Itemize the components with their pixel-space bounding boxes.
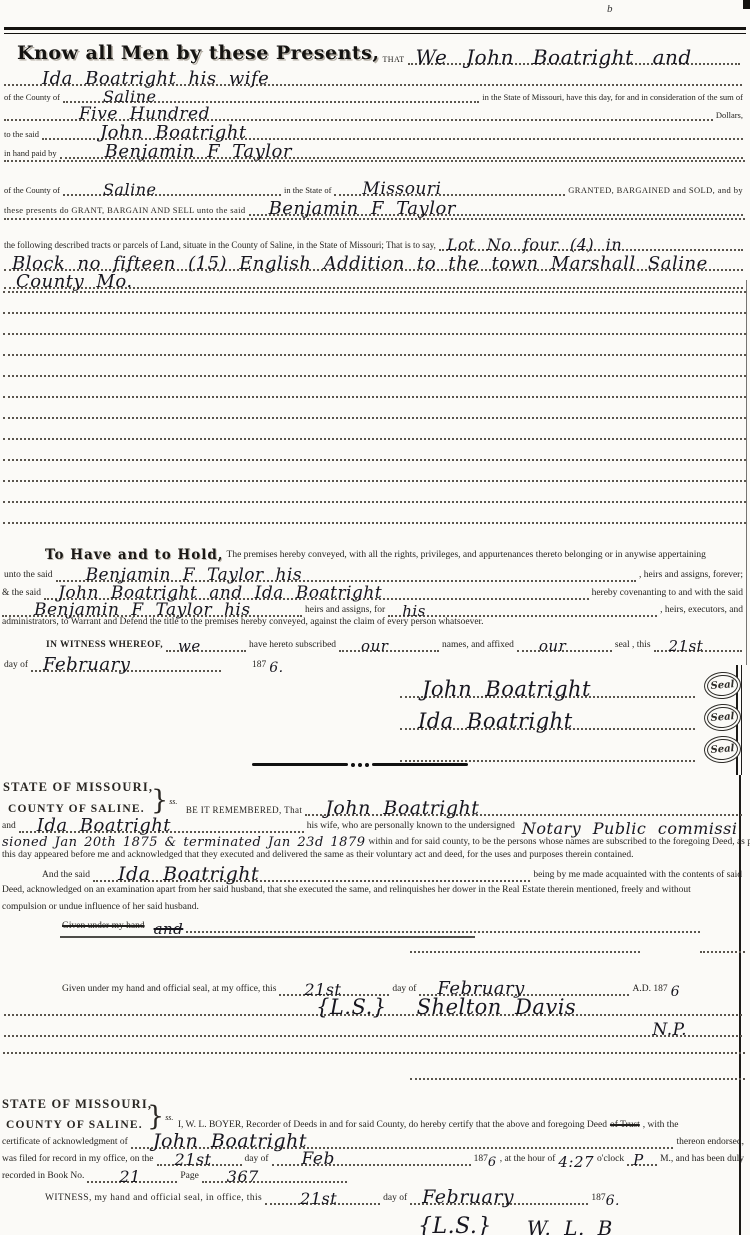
- np-row: N.P.: [4, 1019, 742, 1037]
- ruled-line: [3, 501, 746, 503]
- dotted-rule: we: [166, 637, 246, 653]
- ruled-line: [3, 375, 746, 377]
- amount-row: Five Hundred Dollars,: [4, 104, 743, 121]
- dotted-rule: Missouri: [334, 179, 565, 196]
- year-printed-label: 187: [252, 661, 266, 672]
- rec-partial-signature-handwriting: W. L. B: [527, 1219, 613, 1235]
- subscribed-label: have hereto subscribed: [249, 641, 336, 652]
- state-handwriting: Missouri: [362, 182, 441, 197]
- notary-signature-row: {L.S.} Shelton Davis: [4, 994, 742, 1016]
- granted-row: of the County of Saline in the State of …: [4, 178, 743, 196]
- signature-handwriting: Ida Boatright: [418, 712, 573, 731]
- signature-row-2: Ida Boatright Seal: [400, 704, 738, 730]
- rec-state-row: STATE OF MISSOURI,: [2, 1098, 152, 1112]
- habendum-heading-row: To Have and to Hold, The premises hereby…: [45, 546, 743, 562]
- description-handwriting-1: Lot No four (4) in: [447, 238, 622, 252]
- county-of-label-2: of the County of: [4, 186, 60, 196]
- ack-commission-row: sioned Jan 20th 1875 & terminated Jan 23…: [2, 833, 742, 849]
- seal-badge-icon: Seal: [706, 706, 738, 729]
- rec-seal-signature-row: {L.S.} W. L. B: [418, 1207, 613, 1235]
- dotted-rule: 367: [202, 1167, 347, 1183]
- section-divider: [252, 762, 468, 767]
- dotted-rule: John Boatright: [305, 797, 742, 816]
- ack-dower-row-2: compulsion or undue influence of her sai…: [2, 901, 742, 914]
- ruled-line: [3, 522, 746, 524]
- ruled-line: [3, 312, 746, 314]
- scan-artifact-corner: [743, 0, 750, 9]
- ruled-line: [4, 160, 745, 162]
- notary-name-handwriting: Shelton Davis: [417, 998, 577, 1017]
- county-state-row: of the County of Saline in the State of …: [4, 86, 743, 103]
- np-handwriting: N.P.: [652, 1023, 687, 1038]
- that-label: THAT: [382, 56, 404, 65]
- dotted-rule: February: [410, 1186, 588, 1205]
- grantors-handwriting-2: Ida Boatright his wife: [42, 71, 269, 87]
- county-handwriting: Saline: [103, 90, 157, 104]
- warrant-clause-label: administrators, to Warrant and Defend th…: [2, 618, 484, 629]
- habendum-clause-1: The premises hereby conveyed, with all t…: [227, 551, 706, 562]
- rec-wday-handwriting: 21st: [300, 1192, 337, 1206]
- scan-artifact-mark: b: [607, 3, 613, 15]
- seal-this-label: seal , this: [615, 641, 651, 652]
- dotted-rule: his: [388, 602, 657, 618]
- witness-date-row: day of February 187 6.: [4, 654, 742, 672]
- our-handwriting-2: our: [539, 640, 566, 654]
- ruled-line: [3, 438, 746, 440]
- grantor1-handwriting: John Boatright: [325, 800, 479, 817]
- struck-handwriting: and: [154, 923, 184, 937]
- signature-row-3: Seal: [400, 736, 738, 762]
- rec-cert-ack-row: certificate of acknowledgment of John Bo…: [2, 1131, 744, 1149]
- dotted-rule: Ida Boatright his wife: [4, 68, 742, 86]
- and-the-said-label-2: And the said: [42, 871, 90, 882]
- dotted-rule: N.P.: [4, 1020, 742, 1037]
- dotted-rule: our: [517, 637, 612, 653]
- unto-handwriting: Benjamin F Taylor his: [86, 568, 303, 583]
- rec-ls-handwriting: {L.S.}: [418, 1217, 492, 1235]
- ruled-line: [410, 951, 640, 953]
- seal-badge-icon: Seal: [706, 738, 738, 761]
- wife-handwriting: Ida Boatright: [118, 866, 259, 883]
- description-row-3: County Mo.: [4, 271, 743, 289]
- ruled-line: [3, 417, 746, 419]
- paid-by-handwriting: Benjamin F Taylor: [105, 144, 292, 160]
- ack-and-said-row: And the said Ida Boatright being by me m…: [42, 864, 742, 882]
- acquainted-clause-label: being by me made acquainted with the con…: [533, 871, 742, 882]
- dotted-rule: Benjamin F Taylor his: [2, 600, 302, 617]
- ack-county-row: COUNTY OF SALINE. BE IT REMEMBERED, That…: [8, 797, 742, 816]
- book-label: recorded in Book No.: [2, 1172, 84, 1183]
- page-edge-line: [741, 665, 742, 775]
- ruled-line: [3, 1052, 745, 1054]
- ruled-line: [700, 951, 745, 953]
- paid-by-row: in hand paid by Benjamin F Taylor: [4, 141, 743, 159]
- names-affixed-label: names, and affixed: [442, 641, 514, 652]
- description-row-2: Block no fifteen (15) English Addition t…: [4, 253, 743, 271]
- description-handwriting-2: Block no fifteen (15) English Addition t…: [12, 256, 708, 272]
- within-clause-label: within and for said county, to be the pe…: [369, 838, 750, 849]
- dotted-rule: [186, 931, 700, 933]
- our-handwriting-1: our: [361, 640, 388, 654]
- rec-wyear-printed: 187: [591, 1194, 605, 1205]
- ruled-line: [410, 1078, 745, 1080]
- dotted-rule: John Boatright and Ida Boatright: [44, 583, 589, 600]
- to-said-row: to the said John Boatright: [4, 122, 743, 140]
- month-handwriting: February: [43, 657, 130, 673]
- dotted-rule: John Boatright: [400, 677, 695, 698]
- ack-wife-row: and Ida Boatright his wife, who are pers…: [2, 816, 750, 833]
- covenantors-handwriting: John Boatright and Ida Boatright: [58, 586, 382, 601]
- grantee-handwriting: Benjamin F Taylor: [269, 201, 456, 217]
- dotted-rule: Ida Boatright: [19, 815, 304, 833]
- ruled-line: [4, 218, 745, 220]
- rec-book-row: recorded in Book No. 21 Page 367: [2, 1165, 744, 1183]
- dotted-rule: {L.S.} Shelton Davis: [4, 995, 742, 1016]
- dower-clause-1-label: Deed, acknowledged on an examination apa…: [2, 886, 691, 897]
- dotted-rule: 21st: [265, 1189, 380, 1205]
- grantee-heirs-row: Benjamin F Taylor his heirs and assigns,…: [2, 600, 743, 617]
- description-label: the following described tracts or parcel…: [4, 241, 436, 251]
- grant-bargain-row: these presents do GRANT, BARGAIN AND SEL…: [4, 198, 743, 216]
- rec-wmonth-handwriting: February: [422, 1189, 514, 1206]
- day-handwriting: 21st: [669, 640, 704, 654]
- page-handwriting: 367: [227, 1170, 259, 1184]
- top-border-thick: [4, 27, 746, 30]
- dotted-rule: Feb: [272, 1149, 471, 1166]
- dotted-rule: Lot No four (4) in: [439, 235, 743, 251]
- unto-said-row: unto the said Benjamin F Taylor his , he…: [4, 565, 743, 582]
- covenanting-label: hereby covenanting to and with the said: [592, 589, 743, 600]
- dotted-rule: 21st: [157, 1150, 242, 1166]
- to-the-said-label: to the said: [4, 130, 39, 140]
- dotted-rule: February: [31, 654, 221, 672]
- state-of-missouri-label: STATE OF MISSOURI,: [3, 781, 153, 795]
- dotted-rule: We John Boatright and: [408, 45, 740, 65]
- dotted-rule: John Boatright: [131, 1130, 674, 1149]
- and-the-said-label: & the said: [2, 589, 41, 600]
- struck-given-row: Given under my hand and: [62, 917, 700, 933]
- to-have-and-to-hold-heading: To Have and to Hold,: [45, 549, 224, 563]
- we-handwriting: we: [178, 640, 201, 654]
- ruled-line: [3, 480, 746, 482]
- appeared-clause-label: this day appeared before me and acknowle…: [2, 851, 634, 862]
- dotted-rule: John Boatright: [42, 122, 743, 140]
- in-state-of-label: in the State of: [284, 186, 331, 196]
- heirs-forever-label: , heirs and assigns, forever;: [639, 571, 743, 582]
- dotted-rule: Benjamin F Taylor: [60, 141, 743, 159]
- heading-row: Know all Men by these Presents, THAT We …: [17, 37, 740, 65]
- grantor2-handwriting: Ida Boatright: [37, 818, 171, 834]
- ruled-line: [3, 459, 746, 461]
- top-border-thin: [4, 33, 746, 34]
- page-edge-line: [746, 280, 747, 665]
- state-clause-label: in the State of Missouri, have this day,…: [482, 93, 743, 103]
- ack-dower-row-1: Deed, acknowledged on an examination apa…: [2, 884, 742, 897]
- dotted-rule: Ida Boatright: [93, 863, 530, 882]
- state-of-missouri-label-2: STATE OF MISSOURI,: [2, 1098, 152, 1112]
- grantors-row-2: Ida Boatright his wife: [4, 68, 742, 86]
- dotted-rule: County Mo.: [4, 271, 743, 289]
- description-handwriting-3: County Mo.: [16, 274, 133, 290]
- rec-wday-of-label: day of: [383, 1194, 407, 1205]
- granted-clause-label: GRANTED, BARGAINED and SOLD, and by: [568, 186, 743, 196]
- rec-filed-row: was filed for record in my office, on th…: [2, 1148, 744, 1166]
- presents-clause-label: these presents do GRANT, BARGAIN AND SEL…: [4, 206, 246, 216]
- year-handwriting: 6.: [269, 662, 283, 675]
- strike-underline: [60, 936, 475, 938]
- ruled-line: [3, 291, 746, 293]
- in-hand-paid-label: in hand paid by: [4, 149, 57, 159]
- day-of-label: day of: [4, 661, 28, 672]
- dotted-rule: Saline: [63, 87, 479, 103]
- grantors-handwriting-1: We John Boatright and: [416, 48, 692, 66]
- wife-clause-label: his wife, who are personally known to th…: [307, 822, 515, 833]
- amount-handwriting: Five Hundred: [79, 107, 210, 122]
- dower-clause-2-label: compulsion or undue influence of her sai…: [2, 903, 199, 914]
- ruled-line: [3, 396, 746, 398]
- county-of-label: of the County of: [4, 93, 60, 103]
- in-witness-row: IN WITNESS WHEREOF, we have hereto subsc…: [46, 634, 742, 652]
- document-title: Know all Men by these Presents,: [17, 44, 379, 65]
- in-witness-label: IN WITNESS WHEREOF,: [46, 641, 163, 652]
- ack-appeared-row: this day appeared before me and acknowle…: [2, 849, 742, 862]
- dotted-rule: Saline: [63, 180, 281, 196]
- dotted-rule: our: [339, 637, 439, 653]
- dotted-rule: P: [627, 1151, 657, 1167]
- deed-document-page: b Know all Men by these Presents, THAT W…: [0, 0, 750, 1235]
- rec-witness-row: WITNESS, my hand and official seal, in o…: [45, 1187, 620, 1205]
- struck-given-label: Given under my hand: [62, 922, 145, 933]
- dollars-label: Dollars,: [716, 111, 743, 121]
- page-label: Page: [180, 1172, 198, 1183]
- unto-the-said-label: unto the said: [4, 571, 53, 582]
- dotted-rule: Ida Boatright: [400, 709, 695, 730]
- description-row-1: the following described tracts or parcel…: [4, 234, 743, 251]
- notary-commission-handwriting-2: sioned Jan 20th 1875 & terminated Jan 23…: [2, 837, 366, 849]
- rec-witness-label: WITNESS, my hand and official seal, in o…: [45, 1194, 262, 1205]
- signature-handwriting: John Boatright: [422, 680, 591, 699]
- ack-state-row: STATE OF MISSOURI,: [3, 781, 153, 795]
- to-said-handwriting: John Boatright: [100, 125, 247, 141]
- dotted-rule: 21: [87, 1167, 177, 1183]
- covenantors-row: & the said John Boatright and Ida Boatri…: [2, 583, 743, 600]
- dotted-rule: 21st: [654, 637, 742, 653]
- and-label: and: [2, 822, 16, 833]
- ruled-line: [3, 354, 746, 356]
- warrant-row: administrators, to Warrant and Defend th…: [2, 616, 743, 629]
- dotted-rule: Block no fifteen (15) English Addition t…: [4, 253, 743, 271]
- county-handwriting-2: Saline: [103, 183, 157, 197]
- dotted-rule: Benjamin F Taylor: [249, 198, 743, 216]
- ls-handwriting: {L.S.}: [316, 998, 387, 1017]
- book-handwriting: 21: [119, 1170, 140, 1184]
- ruled-line: [3, 333, 746, 335]
- dotted-rule: Benjamin F Taylor his: [56, 565, 636, 582]
- signature-row-1: John Boatright Seal: [400, 672, 738, 698]
- seal-badge-icon: Seal: [706, 674, 738, 697]
- dotted-rule: Five Hundred: [4, 104, 713, 121]
